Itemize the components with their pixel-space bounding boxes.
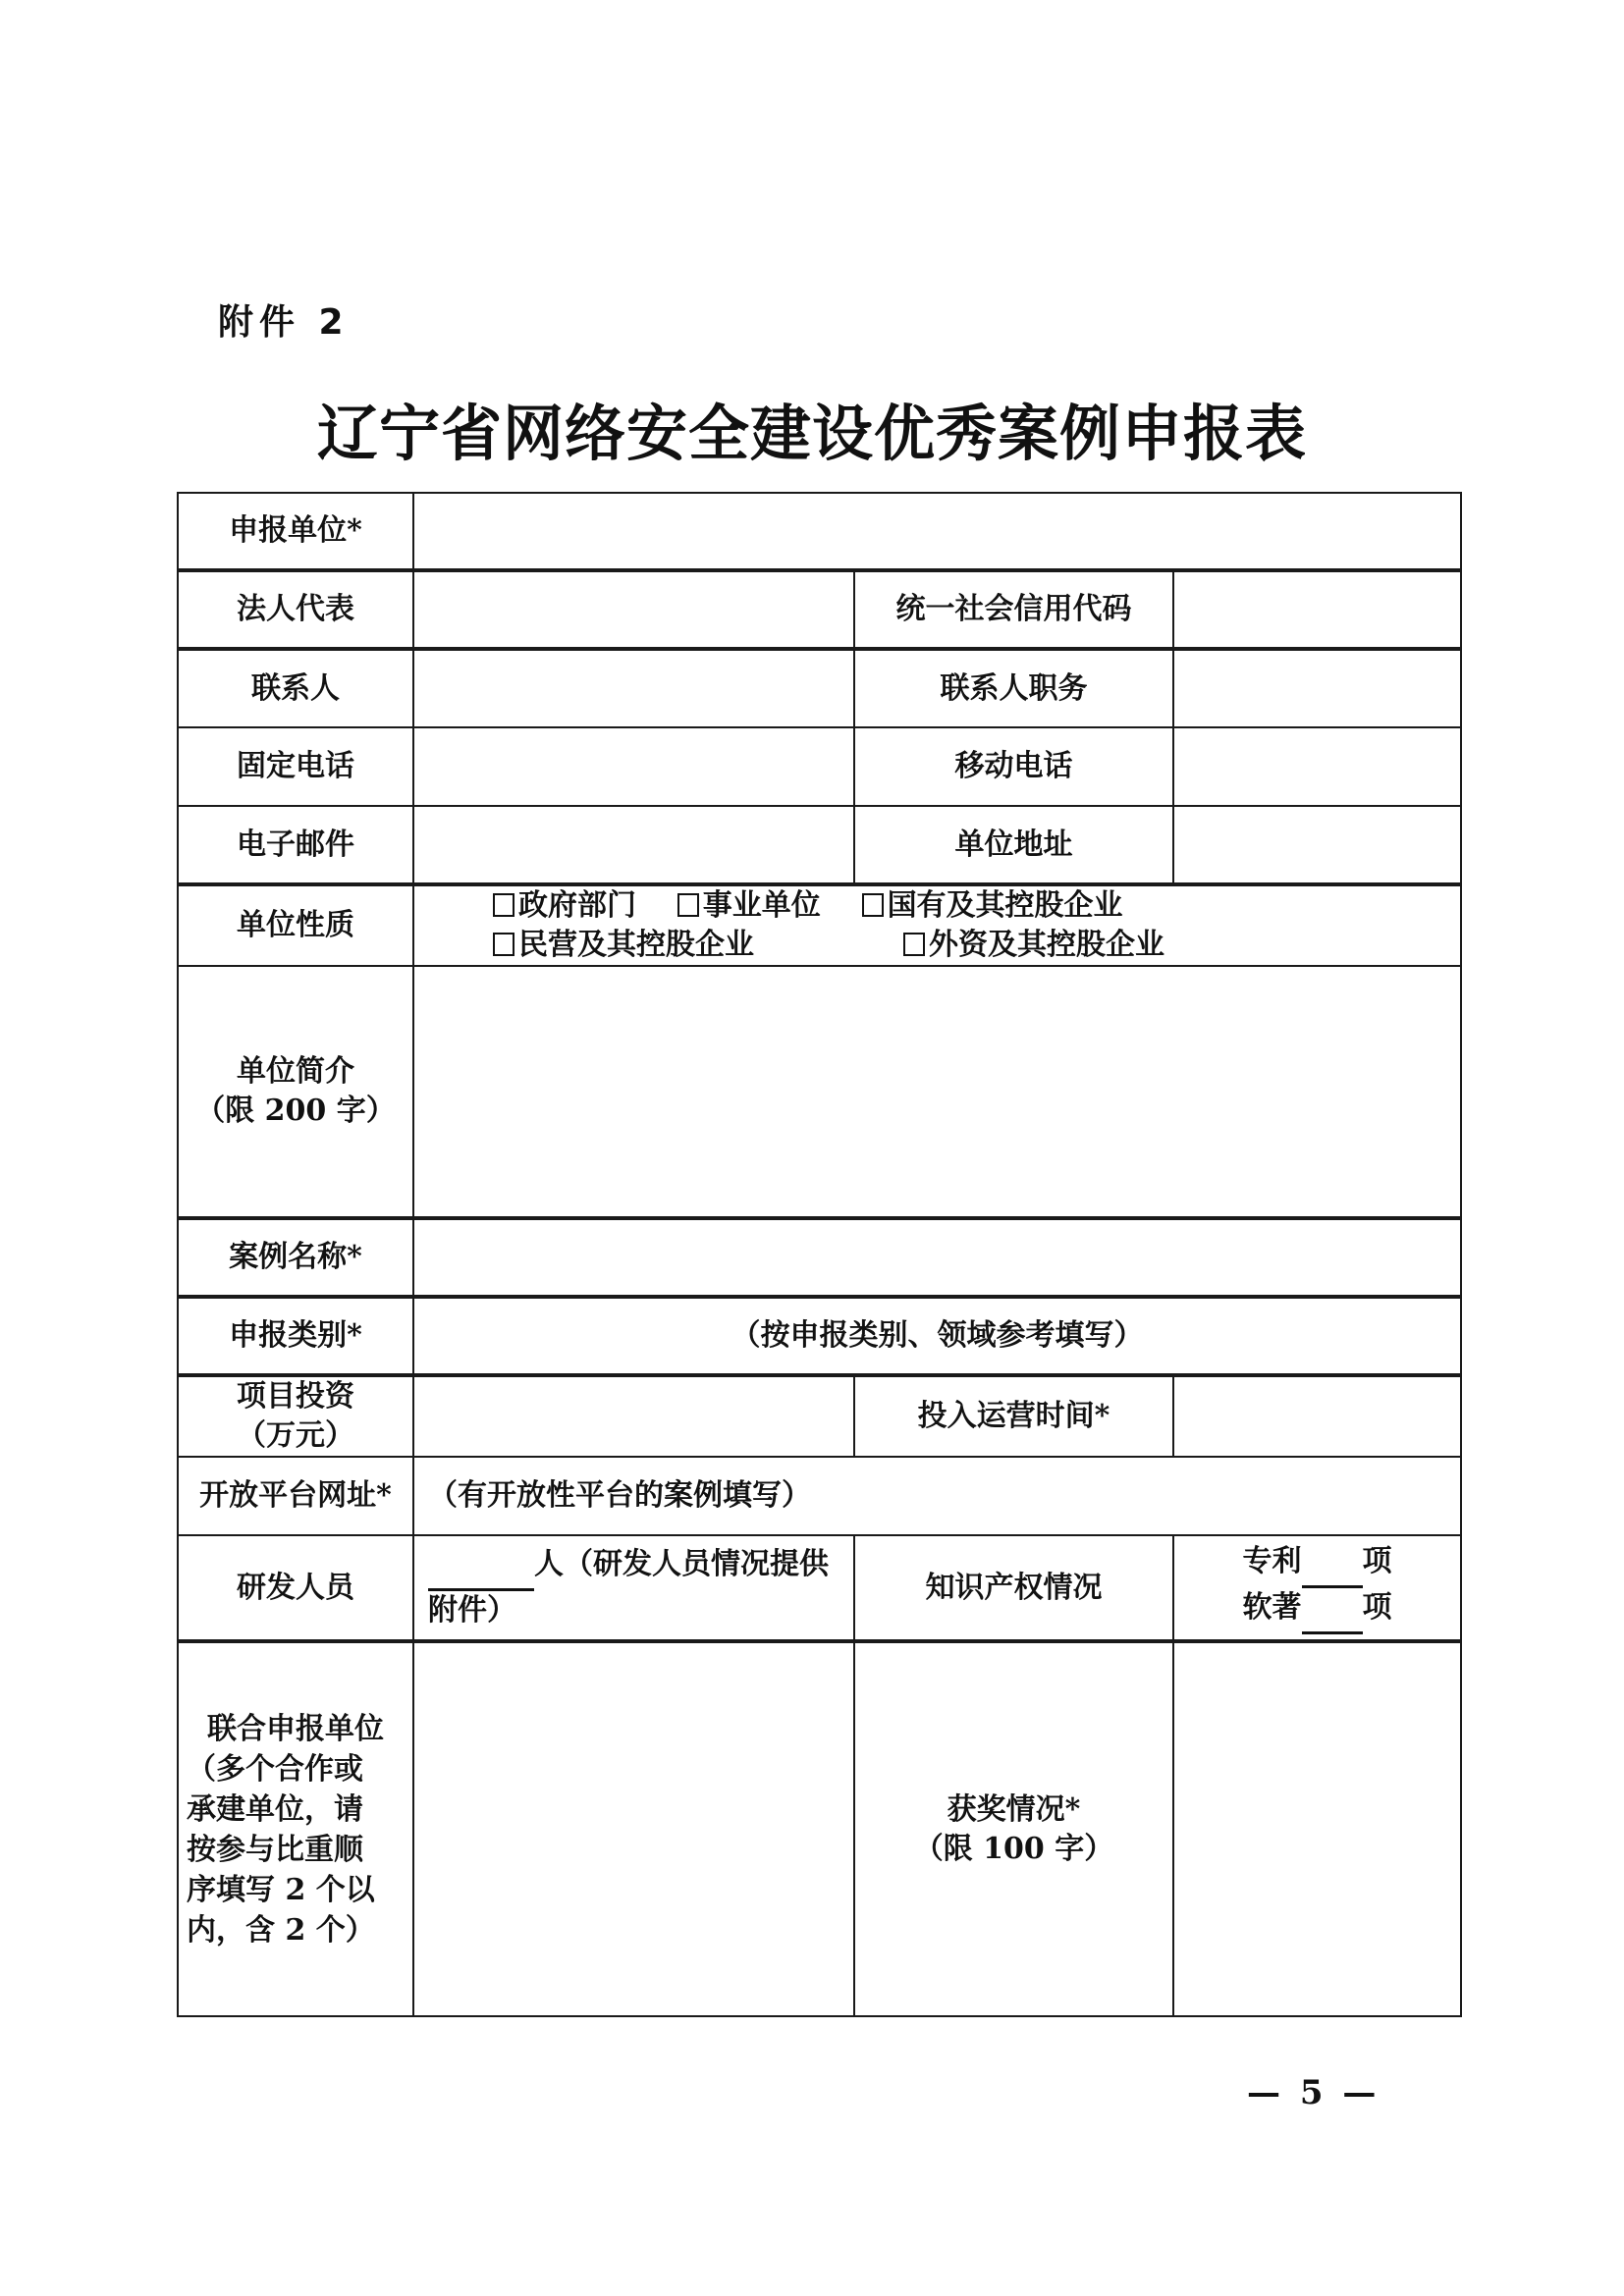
row-applicant-unit: 申报单位* [178, 493, 1461, 570]
option-public-institution[interactable]: 事业单位 [677, 886, 821, 926]
row-contact: 联系人 联系人职务 [178, 649, 1461, 727]
awards-label-line1: 获奖情况* [865, 1790, 1163, 1830]
field-landline[interactable] [413, 727, 854, 806]
application-form-table: 申报单位* 法人代表 统一社会信用代码 联系人 联系人职务 固定电话 移动电话 … [177, 492, 1462, 2017]
field-operation-time[interactable] [1173, 1375, 1461, 1457]
page-number: — 5 — [1247, 2073, 1380, 2112]
field-email[interactable] [413, 806, 854, 884]
field-legal-rep[interactable] [413, 570, 854, 649]
label-legal-rep: 法人代表 [178, 570, 413, 649]
label-platform-url: 开放平台网址* [178, 1457, 413, 1535]
label-investment: 项目投资 （万元） [178, 1375, 413, 1457]
option-private[interactable]: 民营及其控股企业 [493, 926, 903, 965]
unit-nature-line-1: 政府部门 事业单位 国有及其控股企业 [493, 886, 1450, 926]
field-platform-url[interactable]: （有开放性平台的案例填写） [413, 1457, 1461, 1535]
label-category: 申报类别* [178, 1297, 413, 1375]
checkbox-icon[interactable] [862, 893, 884, 917]
label-unit-nature: 单位性质 [178, 884, 413, 966]
software-count-blank[interactable] [1302, 1592, 1363, 1634]
row-legal-rep: 法人代表 统一社会信用代码 [178, 570, 1461, 649]
option-government[interactable]: 政府部门 [493, 886, 636, 926]
rd-staff-count-blank[interactable] [428, 1549, 534, 1591]
field-category[interactable]: （按申报类别、领域参考填写） [413, 1297, 1461, 1375]
field-address[interactable] [1173, 806, 1461, 884]
row-case-name: 案例名称* [178, 1218, 1461, 1297]
field-credit-code[interactable] [1173, 570, 1461, 649]
option-state-owned[interactable]: 国有及其控股企业 [862, 886, 1123, 926]
row-category: 申报类别* （按申报类别、领域参考填写） [178, 1297, 1461, 1375]
patent-count-blank[interactable] [1302, 1546, 1363, 1588]
field-applicant-unit[interactable] [413, 493, 1461, 570]
row-unit-nature: 单位性质 政府部门 事业单位 国有及其控股企业 民营及其控股企业外资及其控股企业 [178, 884, 1461, 966]
label-joint-units: 联合申报单位 （多个合作或 承建单位，请 按参与比重顺 序填写 2 个以 内，含… [178, 1641, 413, 2016]
checkbox-icon[interactable] [677, 893, 699, 917]
label-case-name: 案例名称* [178, 1218, 413, 1297]
label-contact: 联系人 [178, 649, 413, 727]
platform-url-hint: （有开放性平台的案例填写） [428, 1478, 811, 1513]
field-contact-title[interactable] [1173, 649, 1461, 727]
label-landline: 固定电话 [178, 727, 413, 806]
label-applicant-unit: 申报单位* [178, 493, 413, 570]
field-awards[interactable] [1173, 1641, 1461, 2016]
label-credit-code: 统一社会信用代码 [854, 570, 1173, 649]
field-rd-staff[interactable]: 人（研发人员情况提供 附件） [413, 1535, 854, 1641]
investment-label-line1: 项目投资 [189, 1377, 403, 1416]
field-unit-intro[interactable] [413, 966, 1461, 1218]
row-investment: 项目投资 （万元） 投入运营时间* [178, 1375, 1461, 1457]
label-operation-time: 投入运营时间* [854, 1375, 1173, 1457]
unit-intro-label-line2: （限 200 字） [189, 1092, 403, 1131]
document-title: 辽宁省网络安全建设优秀案例申报表 [0, 385, 1624, 472]
row-joint-awards: 联合申报单位 （多个合作或 承建单位，请 按参与比重顺 序填写 2 个以 内，含… [178, 1641, 1461, 2016]
field-investment[interactable] [413, 1375, 854, 1457]
software-line: 软著 项 [1184, 1588, 1450, 1634]
label-mobile: 移动电话 [854, 727, 1173, 806]
field-contact[interactable] [413, 649, 854, 727]
field-joint-units[interactable] [413, 1641, 854, 2016]
patent-line: 专利 项 [1184, 1542, 1450, 1588]
category-hint: （按申报类别、领域参考填写） [731, 1318, 1144, 1353]
unit-nature-options: 政府部门 事业单位 国有及其控股企业 民营及其控股企业外资及其控股企业 [413, 884, 1461, 966]
checkbox-icon[interactable] [903, 933, 925, 956]
label-unit-intro: 单位简介 （限 200 字） [178, 966, 413, 1218]
unit-intro-label-line1: 单位简介 [189, 1052, 403, 1092]
field-case-name[interactable] [413, 1218, 1461, 1297]
awards-label-line2: （限 100 字） [865, 1830, 1163, 1869]
label-contact-title: 联系人职务 [854, 649, 1173, 727]
label-rd-staff: 研发人员 [178, 1535, 413, 1641]
label-ip-status: 知识产权情况 [854, 1535, 1173, 1641]
label-awards: 获奖情况* （限 100 字） [854, 1641, 1173, 2016]
unit-nature-line-2: 民营及其控股企业外资及其控股企业 [493, 926, 1450, 965]
attachment-label: 附件 2 [218, 294, 350, 345]
checkbox-icon[interactable] [493, 893, 514, 917]
rd-staff-line2: 附件） [428, 1591, 843, 1630]
row-email: 电子邮件 单位地址 [178, 806, 1461, 884]
field-ip-status: 专利 项 软著 项 [1173, 1535, 1461, 1641]
row-unit-intro: 单位简介 （限 200 字） [178, 966, 1461, 1218]
row-rd-ip: 研发人员 人（研发人员情况提供 附件） 知识产权情况 专利 项 软著 项 [178, 1535, 1461, 1641]
label-email: 电子邮件 [178, 806, 413, 884]
investment-label-line2: （万元） [189, 1416, 403, 1456]
field-mobile[interactable] [1173, 727, 1461, 806]
rd-staff-line1: 人（研发人员情况提供 [428, 1545, 843, 1591]
option-foreign[interactable]: 外资及其控股企业 [903, 926, 1164, 965]
checkbox-icon[interactable] [493, 933, 514, 956]
row-platform-url: 开放平台网址* （有开放性平台的案例填写） [178, 1457, 1461, 1535]
row-phone: 固定电话 移动电话 [178, 727, 1461, 806]
label-address: 单位地址 [854, 806, 1173, 884]
